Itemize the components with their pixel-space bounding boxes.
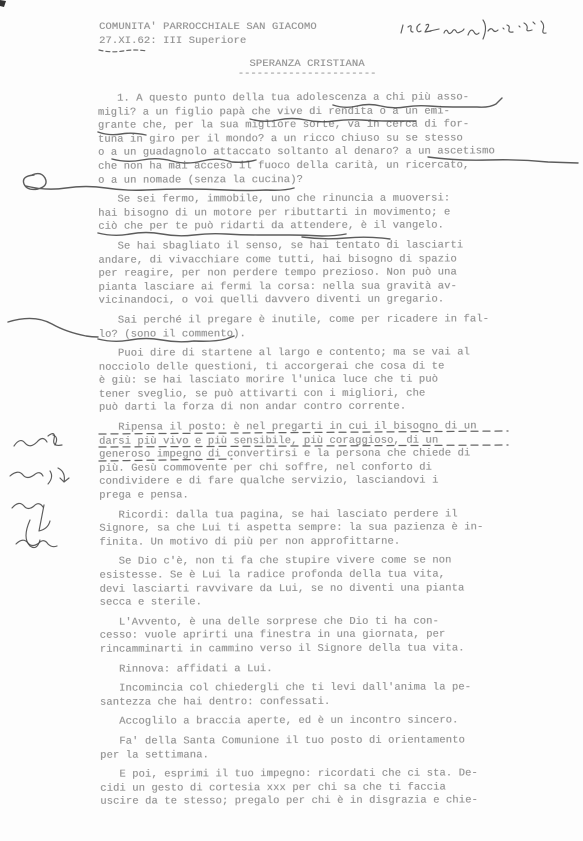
document-body: 1. A questo punto della tua adolescenza … — [98, 91, 521, 815]
paragraph: Sai perché il pregare è inutile, come pe… — [99, 313, 519, 342]
paragraph: L'Avvento, è una delle sorprese che Dio … — [100, 615, 520, 657]
paragraph: E poi, esprimi il tuo impegno: ricordati… — [100, 767, 520, 809]
date-line: 27.XI.62: III Superiore — [99, 34, 317, 48]
paragraph: Ripensa il posto: è nel pregarti in cui … — [99, 420, 519, 503]
paragraph: Ricordi: dalla tua pagina, se hai lascia… — [99, 508, 519, 550]
handwritten-note-top-right — [401, 20, 546, 39]
scanned-document-page: COMUNITA' PARROCCHIALE SAN GIACOMO 27.XI… — [0, 0, 583, 841]
paragraph: Incomincia col chiedergli che ti levi da… — [100, 681, 520, 710]
paragraph: Se Dio c'è, non ti fa che stupire vivere… — [99, 555, 519, 611]
paragraph: Se sei fermo, immobile, uno che rinuncia… — [98, 192, 518, 234]
document-title-block: SPERANZA CRISTIANA ---------------------… — [99, 58, 515, 81]
paragraph: 1. A questo punto della tua adolescenza … — [98, 91, 518, 188]
paragraph: Puoi dire di startene al largo e content… — [99, 346, 519, 415]
handwritten-note-left-margin — [10, 434, 69, 548]
paragraph: Fa' della Santa Comunione il tuo posto d… — [100, 734, 520, 763]
title-underline-rule: ---------------------- — [99, 68, 515, 81]
paragraph: Accoglilo a braccia aperte, ed è un inco… — [100, 715, 520, 730]
organization-line: COMUNITA' PARROCCHIALE SAN GIACOMO — [99, 20, 317, 34]
paragraph: Rinnova: affidati a Lui. — [100, 662, 520, 677]
document-header: COMUNITA' PARROCCHIALE SAN GIACOMO 27.XI… — [99, 20, 317, 48]
corner-mark — [0, 0, 6, 7]
paragraph: Se hai sbagliato il senso, se hai tentat… — [98, 239, 518, 308]
